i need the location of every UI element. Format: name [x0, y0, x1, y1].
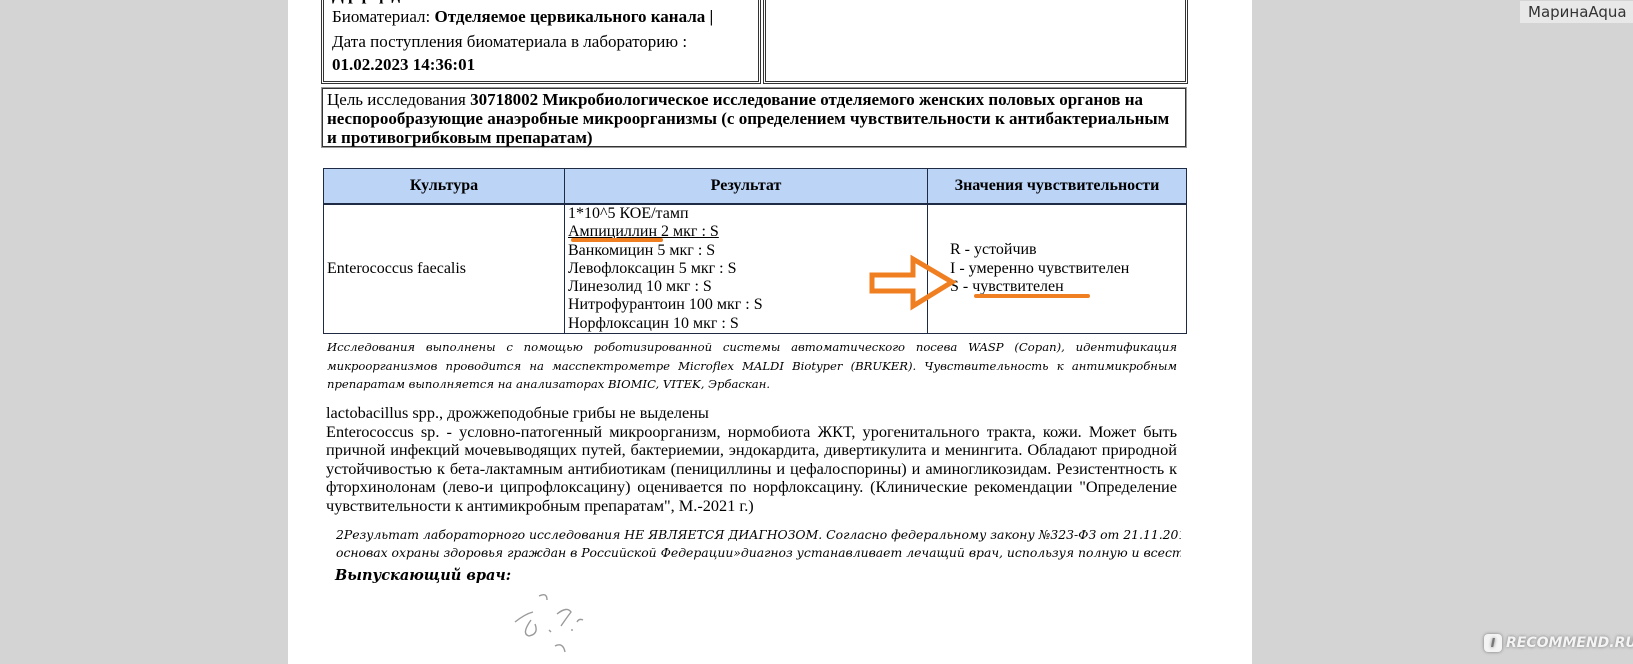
legend-i: I - умеренно чувствителен — [950, 260, 1183, 279]
culture-cell: Enterococcus faecalis — [324, 204, 565, 334]
receipt-label: Дата поступления биоматериала в лаборато… — [332, 32, 687, 52]
username-badge[interactable]: МаринаAqua — [1520, 1, 1633, 23]
header-result: Результат — [565, 169, 928, 205]
results-table: Культура Результат Значения чувствительн… — [323, 168, 1187, 334]
table-row: Enterococcus faecalis 1*10^5 КОЕ/тамп Ам… — [324, 204, 1187, 334]
comment-line: lactobacillus spp., дрожжеподобные грибы… — [326, 404, 1177, 423]
disclaimer-line: 2Результат лабораторного исследования НЕ… — [336, 526, 1181, 544]
biomaterial-line: Биоматериал: Отделяемое цервикального ка… — [332, 7, 713, 27]
result-cell: 1*10^5 КОЕ/тамп Ампициллин 2 мкг : S Ван… — [565, 204, 928, 334]
legend-s: S - чувствителен — [950, 278, 1183, 297]
antibiotic-item: Ампициллин 2 мкг : S — [568, 223, 924, 241]
sensitivity-legend: R - устойчив I - умеренно чувствителен S… — [928, 204, 1187, 334]
header-sensitivity: Значения чувствительности — [928, 169, 1187, 205]
receipt-date: 01.02.2023 14:36:01 — [332, 55, 475, 75]
antibiotic-item: Нитрофурантоин 100 мкг : S — [568, 296, 924, 314]
empty-info-box — [763, 0, 1188, 84]
methods-note: Исследования выполнены с помощью роботиз… — [327, 338, 1177, 394]
doctor-label: Выпускающий врач: — [335, 567, 511, 584]
comment-paragraph: Enterococcus sp. - условно-патогенный ми… — [326, 423, 1177, 516]
cut-title: Д р р ф д — [332, 0, 400, 5]
watermark: I RECOMMEND.RU — [1484, 632, 1633, 654]
disclaimer-line: основах охраны здоровья граждан в Россий… — [336, 544, 1181, 562]
header-culture: Культура — [324, 169, 565, 205]
biomaterial-value: Отделяемое цервикального канала | — [435, 7, 714, 26]
table-header-row: Культура Результат Значения чувствительн… — [324, 169, 1187, 205]
biomaterial-label: Биоматериал: — [332, 7, 435, 26]
antibiotic-item: Левофлоксацин 5 мкг : S — [568, 260, 924, 278]
titer: 1*10^5 КОЕ/тамп — [568, 205, 924, 223]
antibiotic-item: Линезолид 10 мкг : S — [568, 278, 924, 296]
watermark-text: RECOMMEND.RU — [1506, 635, 1633, 651]
recommend-logo-icon: I — [1484, 634, 1502, 652]
antibiotic-item: Норфлоксацин 10 мкг : S — [568, 315, 924, 333]
goal-label: Цель исследования — [327, 90, 470, 109]
antibiotic-item: Ванкомицин 5 мкг : S — [568, 242, 924, 260]
disclaimer: 2Результат лабораторного исследования НЕ… — [336, 526, 1181, 562]
signature-icon — [505, 590, 645, 664]
study-goal: Цель исследования 30718002 Микробиологич… — [322, 88, 1186, 147]
comment-block: lactobacillus spp., дрожжеподобные грибы… — [326, 404, 1177, 516]
legend-r: R - устойчив — [950, 241, 1183, 260]
biomaterial-box: Д р р ф д Биоматериал: Отделяемое цервик… — [321, 0, 761, 84]
